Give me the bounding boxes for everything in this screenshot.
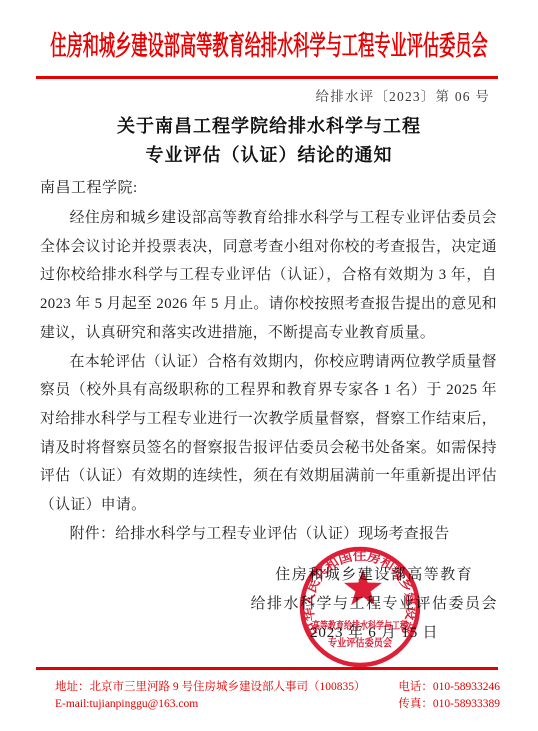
attachment-line: 附件：给排水科学与工程专业评估（认证）现场考查报告 [40, 520, 497, 549]
notice-body: 经住房和城乡建设部高等教育给排水科学与工程专业评估委员会全体会议讨论并投票表决，… [40, 204, 497, 548]
salutation: 南昌工程学院: [40, 174, 138, 203]
footer-fax: 传真：010-58933389 [398, 696, 500, 713]
footer: 地址：北京市三里河路 9 号住房城乡建设部人事司（100835） E-mail:… [55, 679, 500, 712]
body-paragraph: 经住房和城乡建设部高等教育给排水科学与工程专业评估委员会全体会议讨论并投票表决，… [40, 204, 497, 348]
signature-org-line1: 住房和城乡建设部高等教育 [250, 561, 498, 590]
issuing-committee-name: 住房和城乡建设部高等教育给排水科学与工程专业评估委员会 [50, 24, 487, 63]
document-page: 住房和城乡建设部高等教育给排水科学与工程专业评估委员会 给排水评〔2023〕第 … [0, 0, 538, 731]
body-paragraph: 在本轮评估（认证）合格有效期内，你校应聘请两位教学质量督察员（校外具有高级职称的… [40, 348, 497, 520]
masthead-rule [36, 76, 498, 79]
signature-date: 2023 年 6 月 15 日 [250, 619, 498, 648]
footer-phone: 电话：010-58933246 [398, 679, 500, 696]
notice-title: 关于南昌工程学院给排水科学与工程 专业评估（认证）结论的通知 [0, 112, 538, 170]
footer-address: 地址：北京市三里河路 9 号住房城乡建设部人事司（100835） [55, 679, 366, 696]
footer-right-column: 电话：010-58933246 传真：010-58933389 [398, 679, 500, 712]
masthead: 住房和城乡建设部高等教育给排水科学与工程专业评估委员会 [0, 24, 538, 64]
notice-title-line2: 专业评估（认证）结论的通知 [0, 141, 538, 170]
footer-left-column: 地址：北京市三里河路 9 号住房城乡建设部人事司（100835） E-mail:… [55, 679, 366, 712]
notice-title-line1: 关于南昌工程学院给排水科学与工程 [0, 112, 538, 141]
footer-email: E-mail:tujianpinggu@163.com [55, 696, 366, 713]
signature-org-line2: 给排水科学与工程专业评估委员会 [250, 590, 498, 619]
document-number: 给排水评〔2023〕第 06 号 [316, 85, 490, 105]
signature-block: 住房和城乡建设部高等教育 给排水科学与工程专业评估委员会 2023 年 6 月 … [250, 561, 498, 648]
footer-rule [36, 667, 498, 670]
